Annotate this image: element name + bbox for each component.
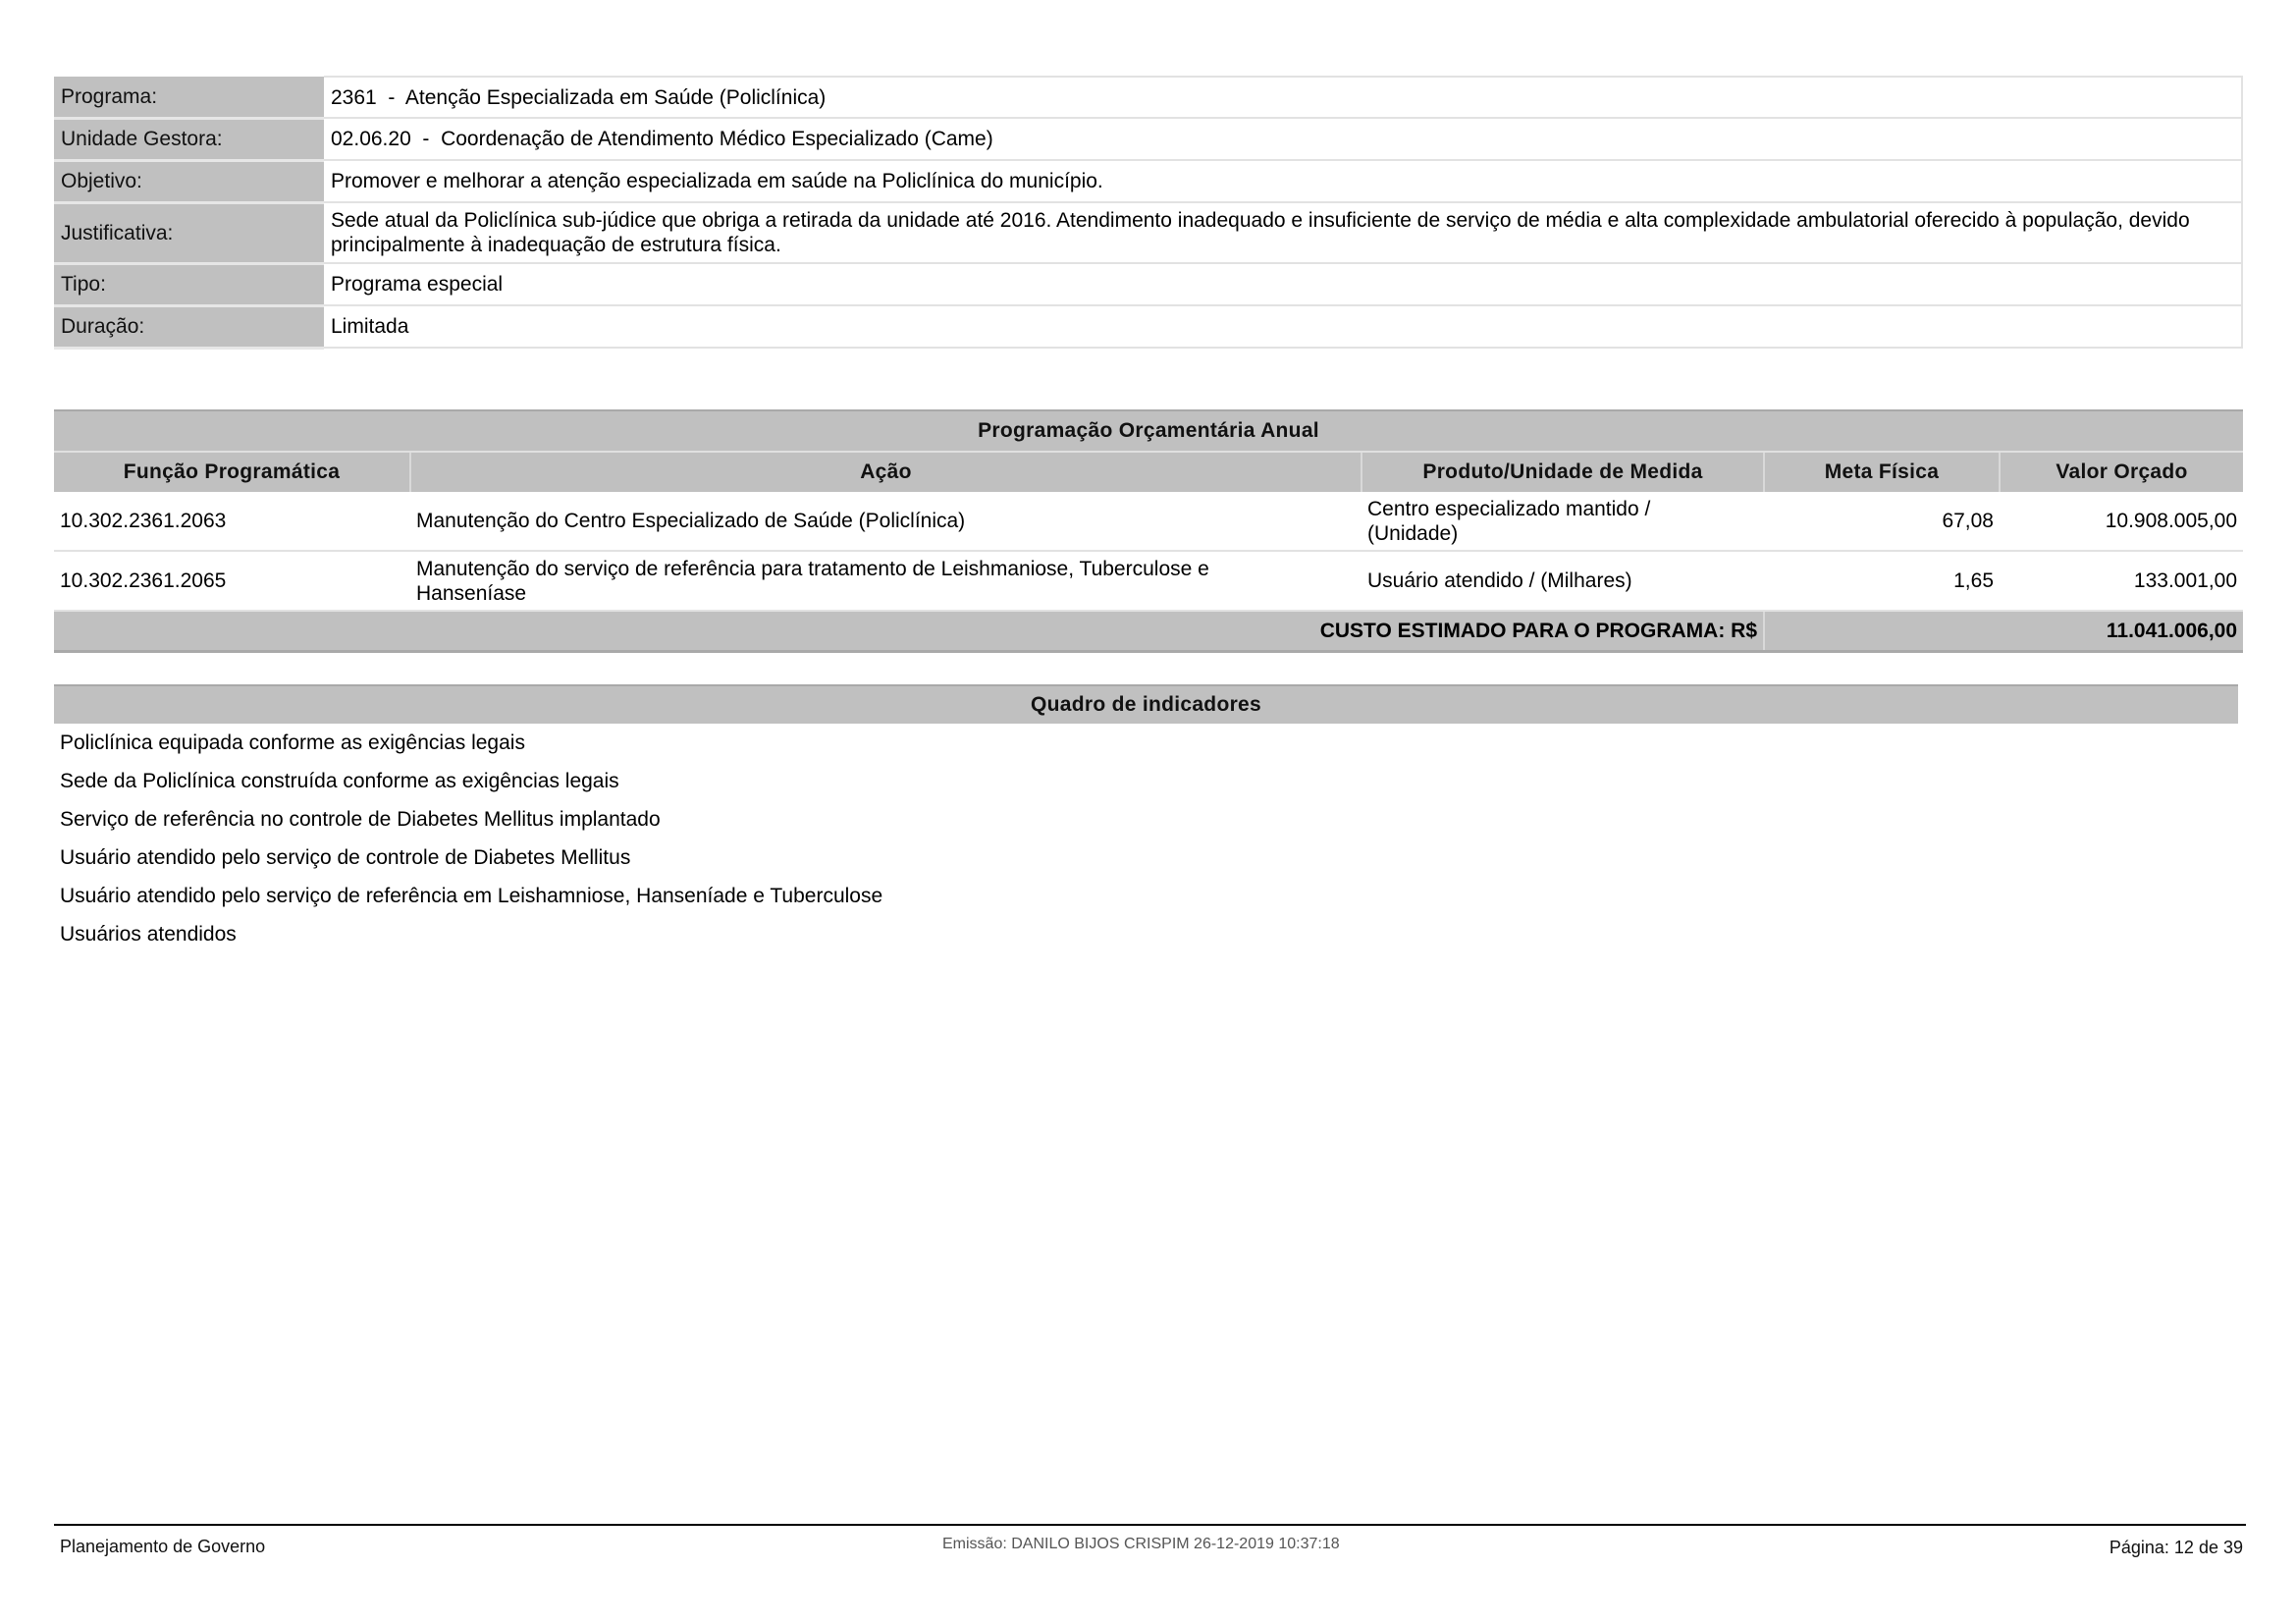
- produto-cell: Usuário atendido / (Milhares): [1362, 551, 1764, 611]
- total-spacer: [1764, 611, 2000, 652]
- total-value: 11.041.006,00: [2000, 611, 2243, 652]
- budget-title: Programação Orçamentária Anual: [54, 410, 2243, 452]
- column-header-valor: Valor Orçado: [2000, 452, 2243, 492]
- info-label: Duração:: [54, 305, 324, 348]
- column-header-acao: Ação: [410, 452, 1362, 492]
- acao-cell: Manutenção do serviço de referência para…: [410, 551, 1362, 611]
- column-header-meta: Meta Física: [1764, 452, 2000, 492]
- info-value: Limitada: [324, 305, 2242, 348]
- total-row: CUSTO ESTIMADO PARA O PROGRAMA: R$ 11.04…: [54, 611, 2243, 652]
- list-item: Serviço de referência no controle de Dia…: [54, 800, 2238, 839]
- info-row-justificativa: Justificativa: Sede atual da Policlínica…: [54, 202, 2242, 263]
- info-value: Sede atual da Policlínica sub-júdice que…: [324, 202, 2242, 263]
- indicators-list: Policlínica equipada conforme as exigênc…: [54, 724, 2238, 953]
- footer-page-number: Página: 12 de 39: [2109, 1538, 2243, 1558]
- footer-department: Planejamento de Governo: [60, 1537, 265, 1557]
- info-label: Objetivo:: [54, 160, 324, 202]
- indicators-panel: Quadro de indicadores Policlínica equipa…: [54, 684, 2238, 953]
- funcao-cell: 10.302.2361.2063: [54, 492, 410, 551]
- list-item: Usuário atendido pelo serviço de control…: [54, 839, 2238, 877]
- info-value: Promover e melhorar a atenção especializ…: [324, 160, 2242, 202]
- info-row-duracao: Duração: Limitada: [54, 305, 2242, 348]
- meta-cell: 67,08: [1764, 492, 2000, 551]
- produto-text: Centro especializado mantido / (Unidade): [1367, 497, 1682, 546]
- table-row: 10.302.2361.2065 Manutenção do serviço d…: [54, 551, 2243, 611]
- list-item: Usuários atendidos: [54, 915, 2238, 953]
- total-label: CUSTO ESTIMADO PARA O PROGRAMA: R$: [54, 611, 1764, 652]
- column-header-produto: Produto/Unidade de Medida: [1362, 452, 1764, 492]
- column-header-funcao: Função Programática: [54, 452, 410, 492]
- info-value: Programa especial: [324, 263, 2242, 305]
- info-label: Tipo:: [54, 263, 324, 305]
- info-label: Justificativa:: [54, 202, 324, 263]
- program-info-table: Programa: 2361 - Atenção Especializada e…: [54, 76, 2243, 350]
- footer-emission: Emissão: DANILO BIJOS CRISPIM 26-12-2019…: [942, 1536, 1340, 1553]
- info-row-programa: Programa: 2361 - Atenção Especializada e…: [54, 77, 2242, 118]
- info-row-objetivo: Objetivo: Promover e melhorar a atenção …: [54, 160, 2242, 202]
- produto-cell: Centro especializado mantido / (Unidade): [1362, 492, 1764, 551]
- indicators-title: Quadro de indicadores: [54, 684, 2238, 724]
- list-item: Policlínica equipada conforme as exigênc…: [54, 724, 2238, 762]
- acao-cell: Manutenção do Centro Especializado de Sa…: [410, 492, 1362, 551]
- list-item: Sede da Policlínica construída conforme …: [54, 762, 2238, 800]
- budget-table: Programação Orçamentária Anual Função Pr…: [54, 409, 2243, 653]
- acao-text: Manutenção do serviço de referência para…: [416, 557, 1280, 606]
- funcao-cell: 10.302.2361.2065: [54, 551, 410, 611]
- info-value: 2361 - Atenção Especializada em Saúde (P…: [324, 77, 2242, 118]
- info-row-unidade-gestora: Unidade Gestora: 02.06.20 - Coordenação …: [54, 118, 2242, 160]
- list-item: Usuário atendido pelo serviço de referên…: [54, 877, 2238, 915]
- info-row-tipo: Tipo: Programa especial: [54, 263, 2242, 305]
- info-value: 02.06.20 - Coordenação de Atendimento Mé…: [324, 118, 2242, 160]
- info-label: Unidade Gestora:: [54, 118, 324, 160]
- meta-cell: 1,65: [1764, 551, 2000, 611]
- footer-divider: [54, 1524, 2246, 1526]
- info-label: Programa:: [54, 77, 324, 118]
- report-page: Programa: 2361 - Atenção Especializada e…: [0, 0, 2296, 1623]
- valor-cell: 133.001,00: [2000, 551, 2243, 611]
- table-row: 10.302.2361.2063 Manutenção do Centro Es…: [54, 492, 2243, 551]
- valor-cell: 10.908.005,00: [2000, 492, 2243, 551]
